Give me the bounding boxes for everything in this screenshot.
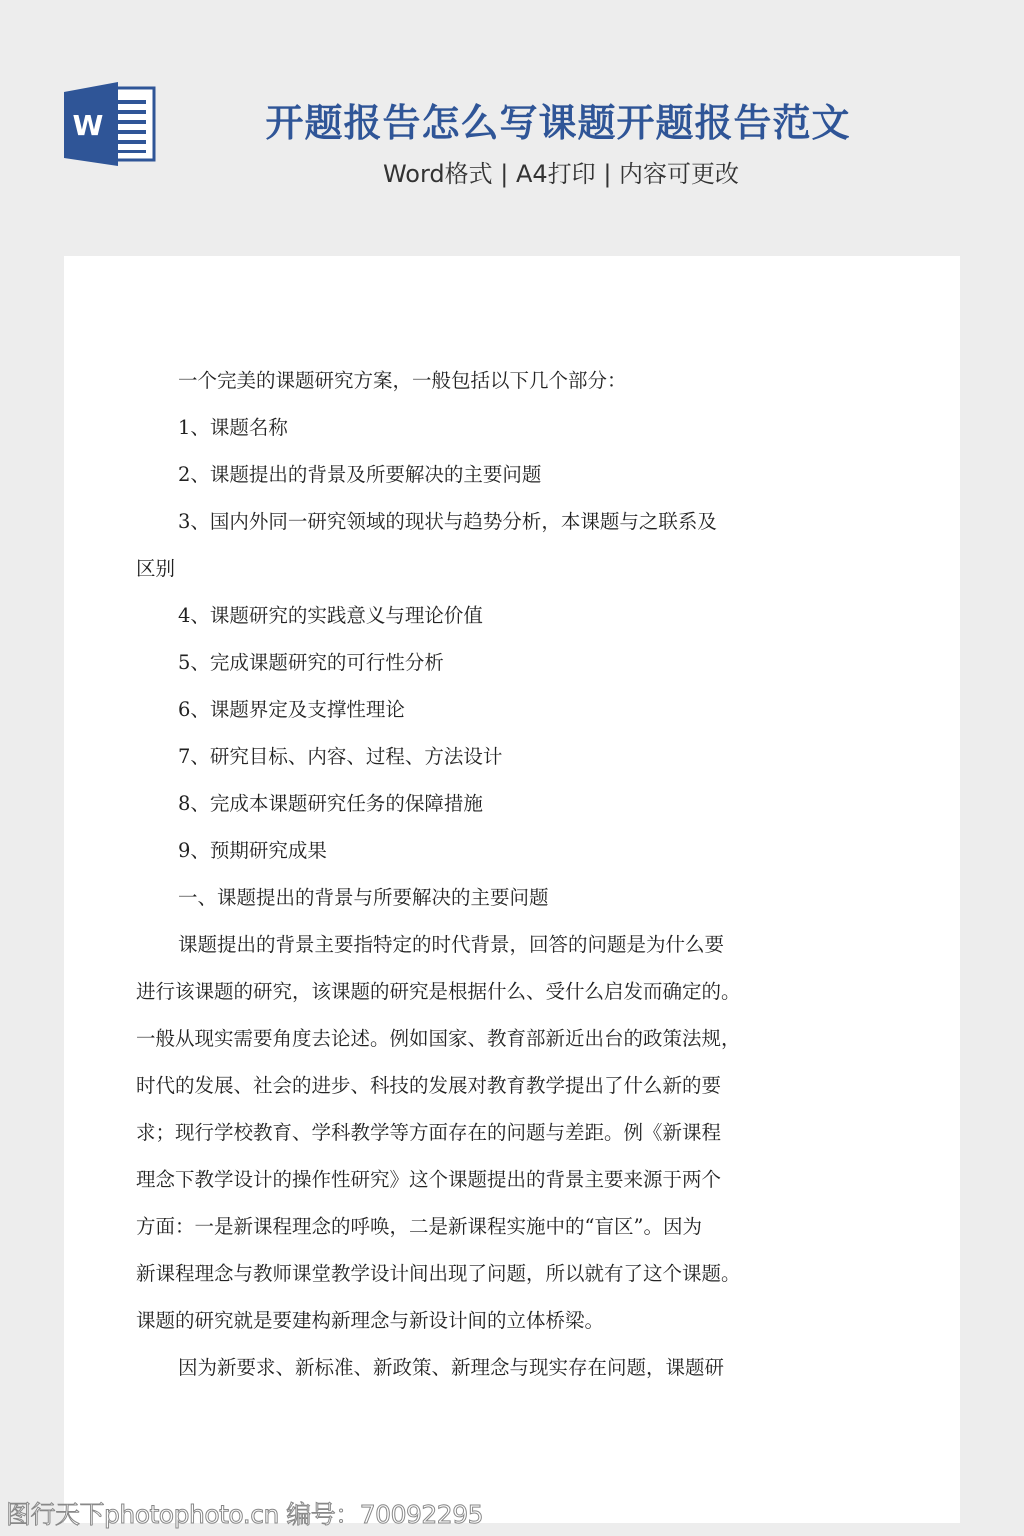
document-line: 3、国内外同一研究领域的现状与趋势分析，本课题与之联系及	[178, 506, 717, 534]
document-line: 2、课题提出的背景及所要解决的主要问题	[178, 459, 541, 487]
document-line: 4、课题研究的实践意义与理论价值	[178, 600, 483, 628]
document-line: 区别	[136, 553, 175, 581]
document-line: 6、课题界定及支撑性理论	[178, 694, 405, 722]
document-line: 9、预期研究成果	[178, 835, 327, 863]
document-line: 进行该课题的研究，该课题的研究是根据什么、受什么启发而确定的。	[136, 976, 741, 1004]
document-line: 课题提出的背景主要指特定的时代背景，回答的问题是为什么要	[178, 929, 724, 957]
document-line: 5、完成课题研究的可行性分析	[178, 647, 444, 675]
page-title: 开题报告怎么写课题开题报告范文	[0, 92, 1024, 147]
document-line: 7、研究目标、内容、过程、方法设计	[178, 741, 502, 769]
document-line: 课题的研究就是要建构新理念与新设计间的立体桥梁。	[136, 1305, 604, 1333]
document-line: 新课程理念与教师课堂教学设计间出现了问题，所以就有了这个课题。	[136, 1258, 741, 1286]
document-line: 1、课题名称	[178, 412, 288, 440]
watermark: 图行天下photophoto.cn 编号：70092295	[6, 1495, 483, 1531]
page-subtitle: Word格式 | A4打印 | 内容可更改	[0, 154, 1024, 189]
document-line: 因为新要求、新标准、新政策、新理念与现实存在问题，课题研	[178, 1352, 724, 1380]
document-line: 一般从现实需要角度去论述。例如国家、教育部新近出台的政策法规，	[136, 1023, 741, 1051]
document-line: 求；现行学校教育、学科教学等方面存在的问题与差距。例《新课程	[136, 1117, 721, 1145]
document-line: 理念下教学设计的操作性研究》这个课题提出的背景主要来源于两个	[136, 1164, 721, 1192]
page-header: W 开题报告怎么写课题开题报告范文 Word格式 | A4打印 | 内容可更改	[0, 0, 1024, 256]
document-line: 一、课题提出的背景与所要解决的主要问题	[178, 882, 549, 910]
document-line: 8、完成本课题研究任务的保障措施	[178, 788, 483, 816]
document-line: 方面：一是新课程理念的呼唤，二是新课程实施中的“盲区”。因为	[136, 1211, 702, 1239]
document-line: 一个完美的课题研究方案，一般包括以下几个部分：	[178, 365, 627, 393]
document-line: 时代的发展、社会的进步、科技的发展对教育教学提出了什么新的要	[136, 1070, 721, 1098]
